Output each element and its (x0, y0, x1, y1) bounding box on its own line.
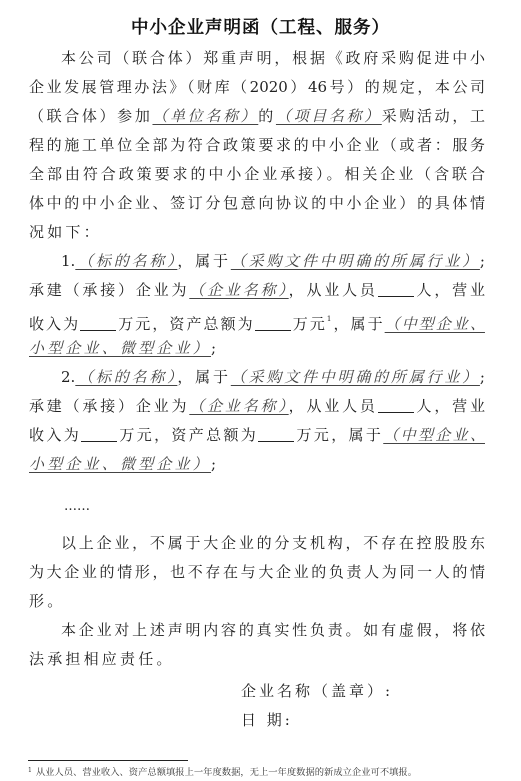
revenue-field[interactable] (81, 427, 117, 442)
intro-line-5: 全部由符合政策要求的中小企业承接）。相关企业（含联合 (29, 164, 485, 184)
document-title: 中小企业声明函（工程、服务） (0, 14, 521, 39)
employees-unit: 人，营业 (414, 281, 485, 299)
ellipsis: …… (64, 497, 520, 517)
item-2-line-2: 承建（承接）企业为（企业名称），从业人员人，营业 (29, 396, 485, 416)
statement-line-2: 为大企业的情形，也不存在与大企业的负责人为同一人的情 (29, 562, 485, 582)
intro-line-4: 程的施工单位全部为符合政策要求的中小企业（或者：服务 (29, 135, 485, 155)
item-1-line-3: 收入为万元，资产总额为万元1，属于（中型企业、 (29, 309, 485, 329)
contractor-label: 承建（承接）企业为 (29, 397, 189, 415)
belongs-to-label: ，属于 (331, 315, 384, 333)
statement-line-3: 形。 (29, 591, 485, 611)
subject-name-field[interactable]: （标的名称） (75, 368, 177, 386)
subject-name-field[interactable]: （标的名称） (75, 252, 177, 270)
employees-label: ，从业人员 (289, 397, 378, 415)
employees-unit: 人，营业 (414, 397, 485, 415)
size-field-part1[interactable]: （中型企业、 (383, 426, 485, 444)
item-number: 1. (61, 252, 75, 270)
project-name-field[interactable]: （项目名称） (276, 107, 382, 125)
size-field-part1[interactable]: （中型企业、 (385, 315, 485, 333)
footnote-text: 从业人员、营业收入、资产总额填报上一年度数据，无上一年度数据的新成立企业可不填报… (36, 767, 417, 778)
employees-field[interactable] (378, 398, 414, 413)
intro-line-7: 况如下： (29, 222, 485, 242)
industry-field[interactable]: （采购文件中明确的所属行业） (231, 368, 480, 386)
revenue-field[interactable] (80, 316, 116, 331)
intro-line-1: 本公司（联合体）郑重声明，根据《政府采购促进中小 (61, 48, 485, 68)
responsibility-line-2: 法承担相应责任。 (29, 649, 485, 669)
revenue-label: 收入为 (29, 315, 80, 333)
size-field-part2[interactable]: 小型企业、微型企业） (29, 339, 211, 357)
item-2-line-1: 2.（标的名称），属于（采购文件中明确的所属行业）; (61, 367, 485, 387)
intro-of: 的 (258, 107, 276, 125)
footnote: 1从业人员、营业收入、资产总额填报上一年度数据，无上一年度数据的新成立企业可不填… (28, 764, 417, 778)
item-1-line-4: 小型企业、微型企业）; (29, 338, 485, 358)
contractor-label: 承建（承接）企业为 (29, 281, 189, 299)
employees-field[interactable] (378, 282, 414, 297)
size-field-part2[interactable]: 小型企业、微型企业） (29, 455, 211, 473)
intro-suffix: 采购活动，工 (382, 107, 485, 125)
employees-label: ，从业人员 (289, 281, 378, 299)
enterprise-name-field[interactable]: （企业名称） (189, 397, 288, 415)
revenue-unit: 万元，资产总额为 (116, 315, 255, 333)
intro-line-2: 企业发展管理办法》（财库（2020）46号）的规定，本公司 (29, 77, 485, 97)
item-1-line-2: 承建（承接）企业为（企业名称），从业人员人，营业 (29, 280, 485, 300)
intro-line-6: 体中的中小企业、签订分包意向协议的中小企业）的具体情 (29, 193, 485, 213)
belongs-to-label: ，属于 (177, 252, 230, 270)
unit-name-field[interactable]: （单位名称） (152, 107, 258, 125)
company-seal-label: 企业名称（盖章）: (241, 680, 393, 701)
industry-field[interactable]: （采购文件中明确的所属行业） (231, 252, 480, 270)
semicolon: ; (211, 339, 219, 357)
semicolon: ; (211, 455, 219, 473)
intro-line-3: （联合体）参加（单位名称）的（项目名称）采购活动，工 (29, 106, 485, 126)
item-2-line-4: 小型企业、微型企业）; (29, 454, 485, 474)
assets-unit: 万元 (294, 426, 331, 444)
item-2-line-3: 收入为万元，资产总额为万元，属于（中型企业、 (29, 425, 485, 445)
responsibility-line-1: 本企业对上述声明内容的真实性负责。如有虚假，将依 (61, 620, 485, 640)
date-label: 日 期: (241, 709, 293, 730)
enterprise-name-field[interactable]: （企业名称） (189, 281, 288, 299)
semicolon: ; (480, 252, 485, 270)
intro-prefix: （联合体）参加 (29, 107, 152, 125)
belongs-to-label: ，属于 (331, 426, 383, 444)
footnote-marker: 1 (28, 767, 32, 774)
assets-unit: 万元 (291, 315, 327, 333)
item-1-line-1: 1.（标的名称），属于（采购文件中明确的所属行业）; (61, 251, 485, 271)
assets-field[interactable] (258, 427, 294, 442)
belongs-to-label: ，属于 (177, 368, 230, 386)
semicolon: ; (480, 368, 485, 386)
revenue-unit: 万元，资产总额为 (117, 426, 258, 444)
assets-field[interactable] (255, 316, 291, 331)
footnote-divider (28, 760, 188, 761)
item-number: 2. (61, 368, 75, 386)
revenue-label: 收入为 (29, 426, 81, 444)
statement-line-1: 以上企业，不属于大企业的分支机构，不存在控股股东 (61, 533, 485, 553)
